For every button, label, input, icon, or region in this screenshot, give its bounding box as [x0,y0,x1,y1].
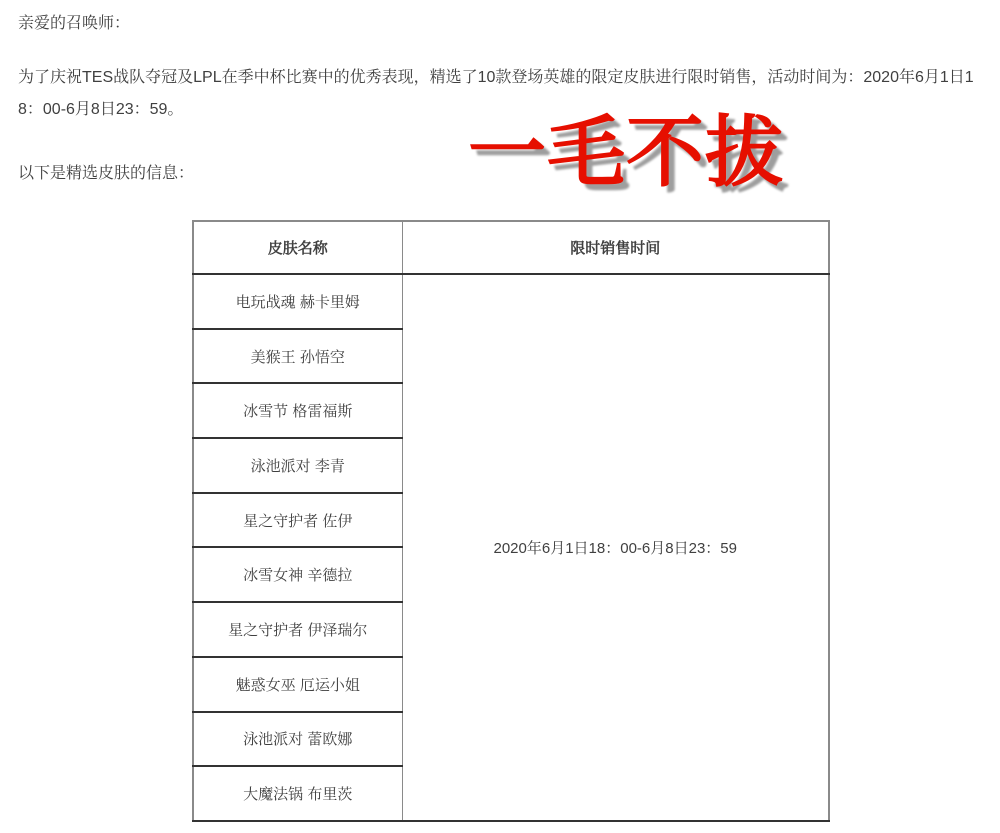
skin-name-cell: 冰雪节 格雷福斯 [193,383,402,438]
skin-name-cell: 魅惑女巫 厄运小姐 [193,657,402,712]
intro-paragraph: 为了庆祝TES战队夺冠及LPL在季中杯比赛中的优秀表现，精选了10款登场英雄的限… [18,62,980,126]
skin-name-cell: 泳池派对 李青 [193,438,402,493]
skin-name-cell: 冰雪女神 辛德拉 [193,547,402,602]
skin-name-cell: 大魔法锅 布里茨 [193,766,402,821]
header-sale-time: 限时销售时间 [402,221,829,274]
skin-name-cell: 星之守护者 伊泽瑞尔 [193,602,402,657]
skin-sale-table: 皮肤名称 限时销售时间 电玩战魂 赫卡里姆 2020年6月1日18：00-6月8… [192,220,830,822]
skin-name-cell: 电玩战魂 赫卡里姆 [193,274,402,329]
table-lead-in-text: 以下是精选皮肤的信息： [18,162,194,186]
sale-time-cell: 2020年6月1日18：00-6月8日23：59 [402,274,829,821]
announcement-document: 亲爱的召唤师： 为了庆祝TES战队夺冠及LPL在季中杯比赛中的优秀表现，精选了1… [0,0,1000,833]
skin-name-cell: 美猴王 孙悟空 [193,329,402,384]
skin-name-cell: 星之守护者 佐伊 [193,493,402,548]
table-header-row: 皮肤名称 限时销售时间 [193,221,829,274]
header-skin-name: 皮肤名称 [193,221,402,274]
skin-name-cell: 泳池派对 蕾欧娜 [193,712,402,767]
table-row: 电玩战魂 赫卡里姆 2020年6月1日18：00-6月8日23：59 [193,274,829,329]
greeting-text: 亲爱的召唤师： [18,12,130,36]
